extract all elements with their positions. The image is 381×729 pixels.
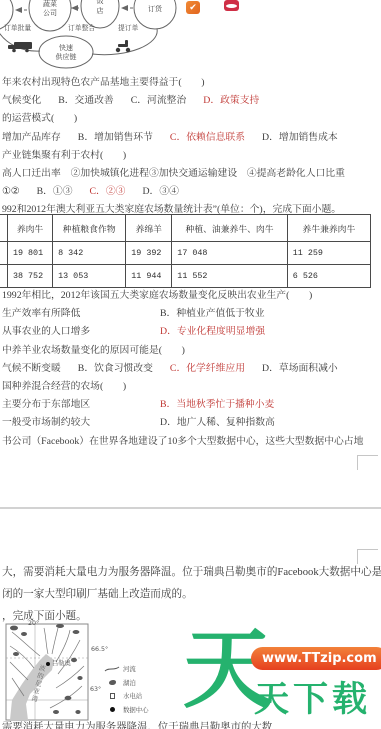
text-segment: B．饮食习惯改变 [78, 360, 153, 378]
page-separator [0, 507, 381, 509]
node-shop-line2: 店 [97, 6, 104, 15]
flow-diagram-graphic: 地 蔬菜 公司 饭 店 订货 快速 供应链 [0, 0, 198, 82]
table-header-cell [0, 215, 7, 242]
legend-item: 水电站 [104, 689, 149, 703]
table-cell: 19 801 [7, 242, 52, 265]
text-segment: 国种养混合经营的农场( ) [2, 378, 126, 396]
question-line: 的运营模式( ) [2, 110, 381, 128]
question-line: ①②B．①③C．②③D．③④ [2, 183, 381, 201]
text-segment: 1992年相比，2012年该国五大类家庭农场数量变化反映出农业生产( ) [2, 287, 312, 305]
text-segment: 一般受市场制约较大 [2, 414, 160, 432]
text-segment: 增加产品库存 [2, 129, 61, 147]
node-supply-line2: 供应链 [56, 52, 77, 61]
question-line: 一般受市场制约较大D．地广人稀、复种指数高 [2, 414, 381, 432]
farm-statistics-table: 养肉牛种植粮食作物养绵羊种植、油兼养牛、肉牛养牛兼养肉牛 19 8018 342… [0, 214, 371, 288]
supply-chain-flow-diagram: 地 蔬菜 公司 饭 店 订货 快速 供应链 订单批量 订单整合 提订单 [0, 0, 198, 82]
legend-label: 湖泊 [123, 678, 136, 687]
table-header-row: 养肉牛种植粮食作物养绵羊种植、油兼养牛、肉牛养牛兼养肉牛 [0, 215, 371, 242]
question-line: 大，需要消耗大量电力为服务器降温。位于瑞典吕勒奥市的Facebook大数据中心是… [2, 562, 381, 584]
legend-item: 湖泊 [104, 676, 149, 690]
watermark-brand-text: 天下载 [254, 672, 371, 722]
datacenter-symbol-icon [104, 707, 120, 712]
question-line: 生产效率有所降低B．种植业产值低于牧业 [2, 305, 381, 323]
text-segment: C．河流整治 [131, 92, 187, 110]
text-segment: 生产效率有所降低 [2, 305, 160, 323]
answer-highlight: D．政策支持 [203, 92, 259, 110]
text-segment: D．草场面积减小 [262, 360, 338, 378]
table-cell [0, 265, 7, 288]
table-cell: 13 053 [53, 265, 126, 288]
text-segment: D．地广人稀、复种指数高 [160, 414, 275, 432]
ttzip-watermark: 天 www.TTzip.com 天下载 [181, 628, 381, 729]
table-cell: 19 392 [126, 242, 172, 265]
station-symbol-icon [104, 693, 120, 699]
text-segment: 气候变化 [2, 92, 41, 110]
table-cell: 11 944 [126, 265, 172, 288]
question-block-2: 1992年相比，2012年该国五大类家庭农场数量变化反映出农业生产( )生产效率… [2, 287, 381, 451]
question-line: 从事农业的人口增多D．专业化程度明显增强 [2, 323, 381, 341]
logo-oval [226, 4, 237, 8]
legend-item: 河流 [104, 662, 149, 676]
text-segment: ①② [2, 183, 20, 201]
text-segment: D．③④ [142, 183, 178, 201]
legend-label: 河流 [123, 664, 136, 673]
watermark-url-pill[interactable]: www.TTzip.com [251, 647, 381, 670]
orange-app-icon[interactable]: ✔ [186, 1, 200, 14]
text-segment: 闭的一家大型印刷厂基础上改造而成的。 [2, 584, 193, 606]
scooter-icon [116, 40, 130, 52]
node-company-line2: 公司 [43, 8, 57, 17]
text-segment: 年来农村出现特色农产品基地主要得益于( ) [2, 74, 204, 92]
text-segment: 中养羊业农场数量变化的原因可能是( ) [2, 342, 185, 360]
lake-symbol-icon [104, 680, 120, 685]
text-segment: 从事农业的人口增多 [2, 323, 160, 341]
question-block-1: 年来农村出现特色农产品基地主要得益于( )气候变化B．交通改善C．河流整治D．政… [2, 74, 381, 220]
table-header-cell: 养肉牛 [7, 215, 52, 242]
table-row: 19 8018 34219 39217 04811 259 [0, 242, 371, 265]
table-body: 19 8018 34219 39217 04811 25938 75213 05… [0, 242, 371, 288]
question-block-3: 大，需要消耗大量电力为服务器降温。位于瑞典吕勒奥市的Facebook大数据中心是… [2, 562, 381, 628]
text-segment: B．交通改善 [58, 92, 114, 110]
lat-label-bottom: 63° [90, 686, 101, 693]
text-segment: B．种植业产值低于牧业 [160, 305, 265, 323]
question-line: 增加产品库存B．增加销售环节C．依赖信息联系D．增加销售成本 [2, 129, 381, 147]
answer-highlight: B．当地秋季忙于播种小麦 [160, 396, 274, 414]
table-cell: 8 342 [53, 242, 126, 265]
text-segment: 主要分布于东部地区 [2, 396, 160, 414]
arrow-label-merge: 订单整合 [68, 22, 95, 32]
question-line: 年来农村出现特色农产品基地主要得益于( ) [2, 74, 381, 92]
text-segment: 大，需要消耗大量电力为服务器降温。位于瑞典吕勒奥市的Facebook大数据中心是… [2, 562, 381, 584]
text-segment: 的运营模式( ) [2, 110, 77, 128]
table-cell: 6 526 [287, 265, 370, 288]
answer-highlight: C．②③ [90, 183, 126, 201]
truck-icon [8, 42, 32, 52]
question-line: 书公司（Facebook）在世界各地建设了10多个大型数据中心，这些大型数据中心… [2, 433, 381, 451]
node-order-label: 订货 [148, 4, 163, 13]
table-cell: 11 259 [287, 242, 370, 265]
node-supply-line1: 快速 [59, 43, 73, 52]
arrow-label-batch: 订单批量 [4, 22, 31, 32]
answer-highlight: C．化学纤维应用 [170, 360, 245, 378]
map-legend: 河流湖泊水电站数据中心 [104, 662, 149, 716]
text-segment: B．①③ [37, 183, 73, 201]
question-line: 主要分布于东部地区B．当地秋季忙于播种小麦 [2, 396, 381, 414]
exam-document-screenshot: { "colors":{"answer_red":"#bf3430","wate… [0, 0, 381, 729]
node-shop-line1: 饭 [97, 0, 104, 5]
question-line: 闭的一家大型印刷厂基础上改造而成的。 [2, 584, 381, 606]
legend-label: 数据中心 [123, 705, 149, 714]
question-line: 产业链集聚有利于农村( ) [2, 147, 381, 165]
question-line: 气候变化B．交通改善C．河流整治D．政策支持 [2, 92, 381, 110]
table-header-cell: 种植、油兼养牛、肉牛 [172, 215, 287, 242]
city-label: 吕勒奥 [52, 658, 71, 667]
sweden-map-figure: 20° 66.5° 63° 吕勒奥 波的尼亚湾 河流湖泊水电站数据中心 [0, 620, 165, 729]
answer-highlight: D．专业化程度明显增强 [160, 323, 265, 341]
check-icon: ✔ [189, 3, 197, 13]
text-segment: D．增加销售成本 [262, 129, 338, 147]
answer-highlight: C．依赖信息联系 [170, 129, 245, 147]
legend-item: 数据中心 [104, 703, 149, 717]
table-cell: 11 552 [172, 265, 287, 288]
question-line: 国种养混合经营的农场( ) [2, 378, 381, 396]
lat-label-top: 66.5° [91, 646, 108, 653]
text-segment: B．增加销售环节 [78, 129, 153, 147]
table-header-cell: 养牛兼养肉牛 [287, 215, 370, 242]
table-header-cell: 养绵羊 [126, 215, 172, 242]
table-cell: 38 752 [7, 265, 52, 288]
question-line: 中养羊业农场数量变化的原因可能是( ) [2, 342, 381, 360]
text-segment: 高人口迁出率 ②加快城镇化进程③加快交通运输建设 ④提高老龄化人口比重 [2, 165, 345, 183]
selection-corner-top[interactable] [357, 455, 378, 470]
question-line: 1992年相比，2012年该国五大类家庭农场数量变化反映出农业生产( ) [2, 287, 381, 305]
lon-label: 20° [28, 620, 39, 627]
node-supply-chain [39, 36, 93, 68]
node-company-line1: 蔬菜 [43, 0, 57, 8]
table-cell [0, 242, 7, 265]
red-logo-icon[interactable] [224, 0, 239, 11]
table-row: 38 75213 05311 94411 5526 526 [0, 265, 371, 288]
question-line: 高人口迁出率 ②加快城镇化进程③加快交通运输建设 ④提高老龄化人口比重 [2, 165, 381, 183]
table-cell: 17 048 [172, 242, 287, 265]
text-segment: 气候不断变暖 [2, 360, 61, 378]
question-line: 气候不断变暖B．饮食习惯改变C．化学纤维应用D．草场面积减小 [2, 360, 381, 378]
arrow-label-pickup: 提订单 [118, 22, 138, 32]
river-symbol-icon [104, 665, 120, 673]
text-segment: 书公司（Facebook）在世界各地建设了10多个大型数据中心，这些大型数据中心… [2, 433, 363, 451]
text-segment: 产业链集聚有利于农村( ) [2, 147, 126, 165]
clipped-bottom-line: 需要消耗大量电力为服务器降温，位于瑞典吕勒奥市的大数据中心建设 [2, 718, 272, 729]
table-header-cell: 种植粮食作物 [53, 215, 126, 242]
legend-label: 水电站 [123, 691, 142, 700]
